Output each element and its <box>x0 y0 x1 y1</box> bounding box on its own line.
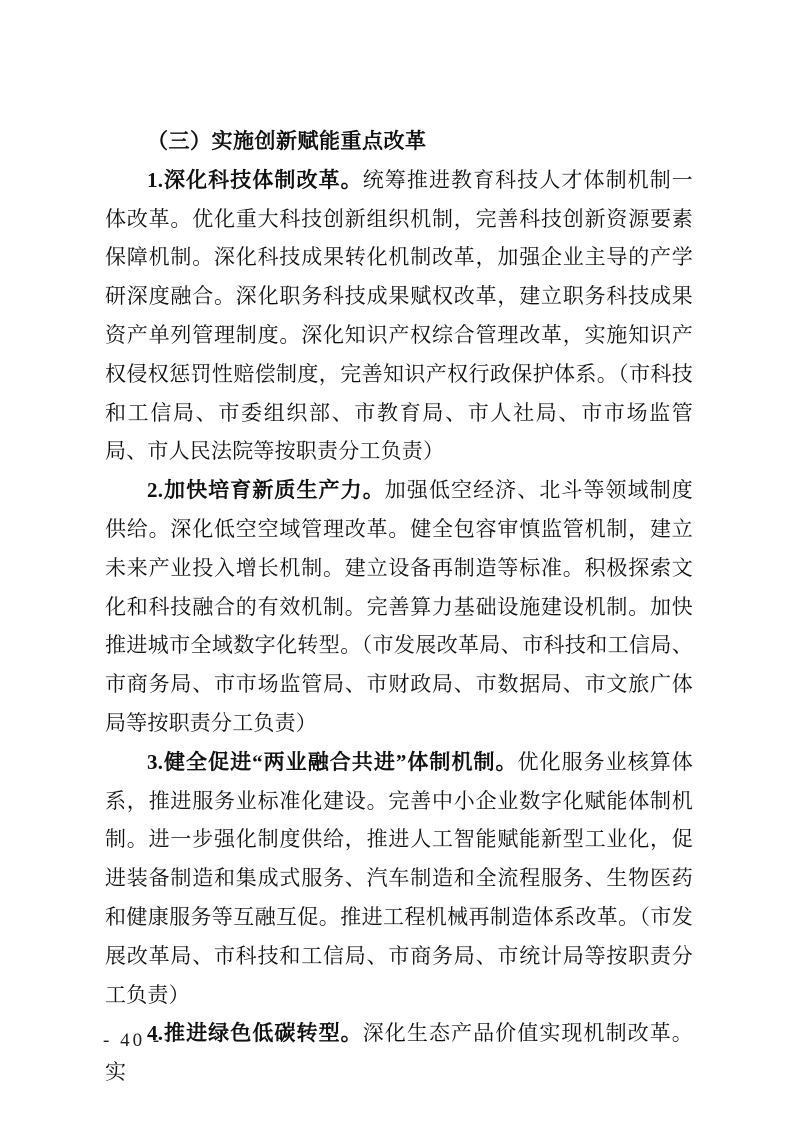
paragraph-item-3-body: 优化服务业核算体系，推进服务业标准化建设。完善中小企业数字化赋能体制机制。进一步… <box>105 750 693 1007</box>
paragraph-item-1: 1.深化科技体制改革。统筹推进教育科技人才体制机制一体改革。优化重大科技创新组织… <box>105 161 693 471</box>
paragraph-item-3-lead: 3.健全促进“两业融合共进”体制机制。 <box>147 750 518 774</box>
paragraph-item-2-lead: 2.加快培育新质生产力。 <box>147 478 385 502</box>
section-heading: （三）实施创新赋能重点改革 <box>105 122 693 161</box>
paragraph-item-1-lead: 1.深化科技体制改革。 <box>147 168 363 192</box>
document-body: （三）实施创新赋能重点改革 1.深化科技体制改革。统筹推进教育科技人才体制机制一… <box>105 122 693 1092</box>
paragraph-item-4: 4.推进绿色低碳转型。深化生态产品价值实现机制改革。实 <box>105 1014 693 1092</box>
page-number: - 40 - <box>103 1030 162 1052</box>
paragraph-item-3: 3.健全促进“两业融合共进”体制机制。优化服务业核算体系，推进服务业标准化建设。… <box>105 743 693 1015</box>
paragraph-item-2: 2.加快培育新质生产力。加强低空经济、北斗等领域制度供给。深化低空空域管理改革。… <box>105 471 693 743</box>
document-page: （三）实施创新赋能重点改革 1.深化科技体制改革。统筹推进教育科技人才体制机制一… <box>0 0 793 1122</box>
paragraph-item-4-lead: 4.推进绿色低碳转型。 <box>147 1021 363 1045</box>
paragraph-item-2-body: 加强低空经济、北斗等领域制度供给。深化低空空域管理改革。健全包容审慎监管机制，建… <box>105 478 693 735</box>
paragraph-item-1-body: 统筹推进教育科技人才体制机制一体改革。优化重大科技创新组织机制，完善科技创新资源… <box>105 168 693 464</box>
